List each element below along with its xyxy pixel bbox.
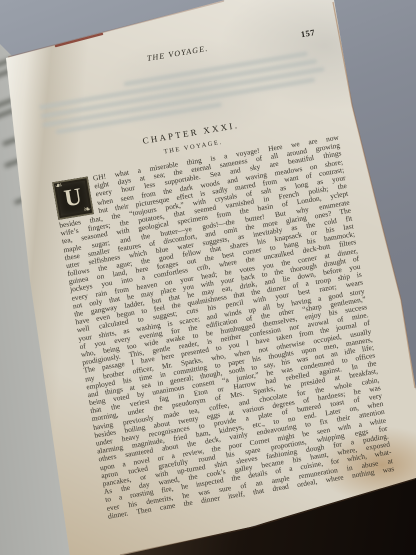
body-text: U GH! what a miserable thing is a voyage… [52, 134, 395, 521]
photo-of-open-book: THE VOYAGE. 157 CHAPTER XXXI. THE VOYAGE… [0, 0, 416, 555]
show-through-ghost-text [38, 49, 331, 136]
drop-cap-initial: U [52, 176, 94, 219]
body-lines: GH! what a miserable thing is a voyage! … [52, 134, 395, 521]
page-number: 157 [300, 27, 316, 39]
